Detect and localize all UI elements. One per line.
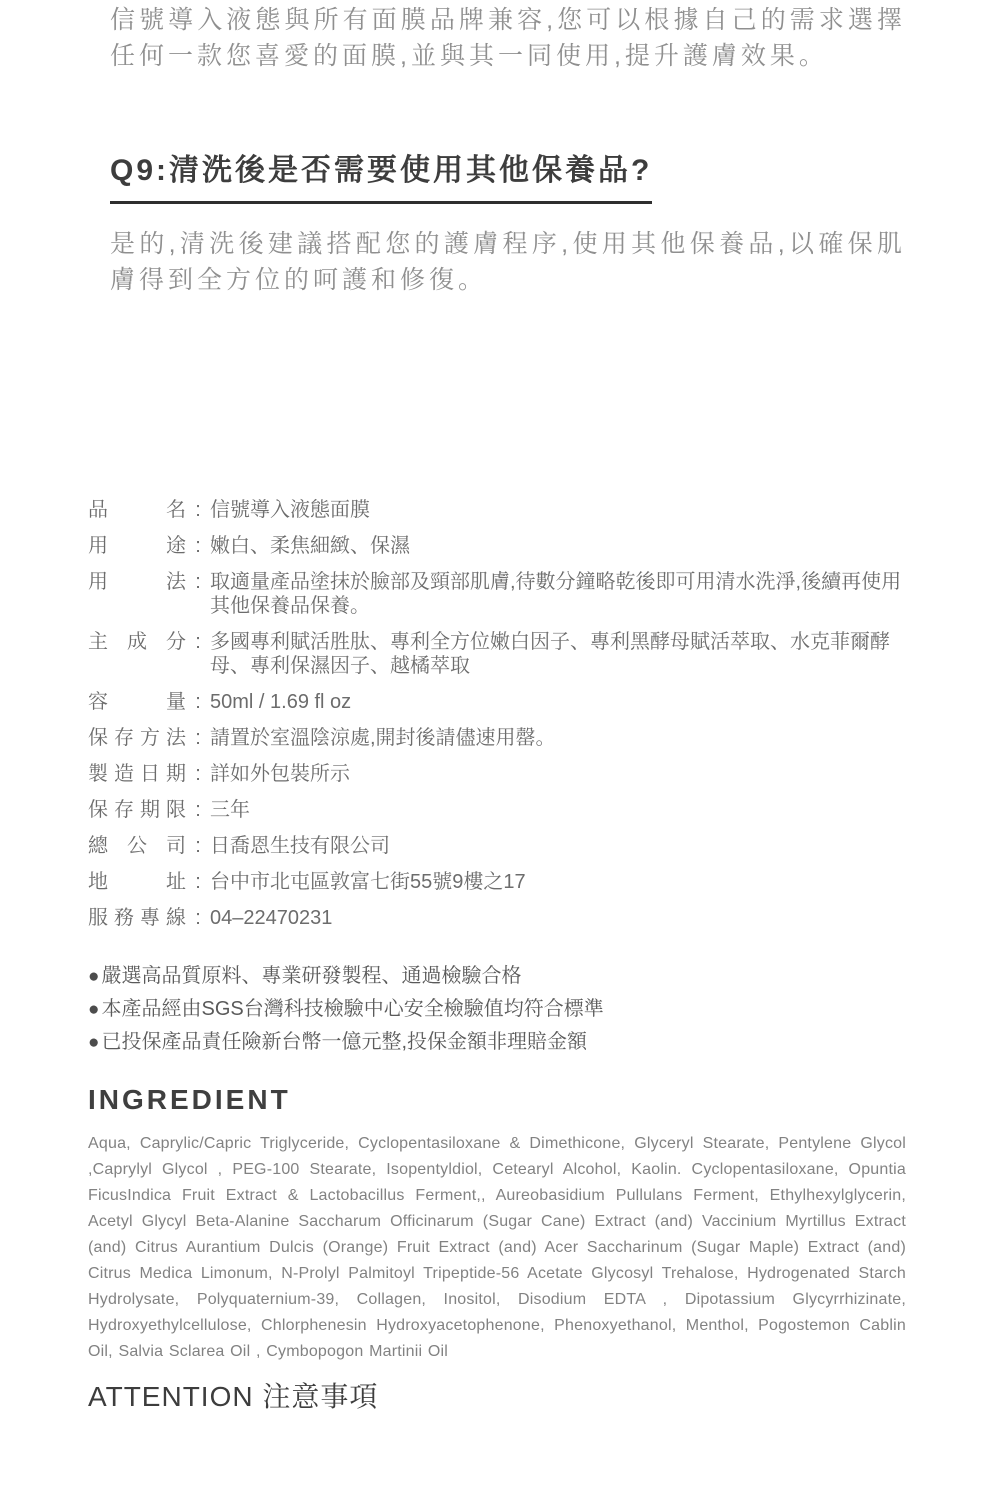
faq-question-heading: Q9:清洗後是否需要使用其他保養品? xyxy=(110,152,652,204)
spec-colon: : xyxy=(186,762,210,786)
certification-item-sgs: ● 本產品經由SGS台灣科技檢驗中心安全檢驗值均符合標準 xyxy=(88,993,906,1026)
ingredient-section: INGREDIENT Aqua, Caprylic/Capric Triglyc… xyxy=(88,1081,906,1365)
certification-item-insurance: ● 已投保產品責任險新台幣一億元整,投保金額非理賠金額 xyxy=(88,1026,906,1059)
faq-answer-paragraph: 是的,清洗後建議搭配您的護膚程序,使用其他保養品,以確保肌膚得到全方位的呵護和修… xyxy=(110,226,906,298)
spec-row-product-name: 品名 : 信號導入液態面膜 xyxy=(88,498,906,522)
certification-text: 嚴選高品質原料、專業研發製程、通過檢驗合格 xyxy=(101,960,521,993)
spec-row-shelf-life: 保存期限 : 三年 xyxy=(88,798,906,822)
spec-colon: : xyxy=(186,798,210,822)
spec-row-main-ingredients: 主成分 : 多國專利賦活胜肽、專利全方位嫩白因子、專利黑酵母賦活萃取、水克菲爾酵… xyxy=(88,630,906,678)
spec-label: 地址 xyxy=(88,870,186,894)
spec-row-manufacture-date: 製造日期 : 詳如外包裝所示 xyxy=(88,762,906,786)
intro-paragraph: 信號導入液態與所有面膜品牌兼容,您可以根據自己的需求選擇任何一款您喜愛的面膜,並… xyxy=(110,2,906,74)
attention-heading: ATTENTION 注意事項 xyxy=(88,1379,906,1415)
spec-row-volume: 容量 : 50ml / 1.69 fl oz xyxy=(88,690,906,714)
spec-value: 多國專利賦活胜肽、專利全方位嫩白因子、專利黑酵母賦活萃取、水克菲爾酵母、專利保濕… xyxy=(210,630,906,678)
spec-colon: : xyxy=(186,570,210,594)
spec-colon: : xyxy=(186,498,210,522)
spec-value: 日喬恩生技有限公司 xyxy=(210,834,906,858)
spec-row-service-line: 服務專線 : 04–22470231 xyxy=(88,906,906,930)
ingredient-list-paragraph: Aqua, Caprylic/Capric Triglyceride, Cycl… xyxy=(88,1131,906,1365)
spec-label: 品名 xyxy=(88,498,186,522)
spec-value: 詳如外包裝所示 xyxy=(210,762,906,786)
spec-value: 04–22470231 xyxy=(210,906,906,930)
faq-q9-section: Q9:清洗後是否需要使用其他保養品? 是的,清洗後建議搭配您的護膚程序,使用其他… xyxy=(88,152,906,298)
spec-label: 服務專線 xyxy=(88,906,186,930)
spec-value: 三年 xyxy=(210,798,906,822)
spec-colon: : xyxy=(186,834,210,858)
spec-colon: : xyxy=(186,870,210,894)
certification-text: 已投保產品責任險新台幣一億元整,投保金額非理賠金額 xyxy=(101,1026,587,1059)
spec-label: 製造日期 xyxy=(88,762,186,786)
spec-label: 總公司 xyxy=(88,834,186,858)
spec-row-usage-purpose: 用途 : 嫩白、柔焦細緻、保濕 xyxy=(88,534,906,558)
certification-text: 本產品經由SGS台灣科技檢驗中心安全檢驗值均符合標準 xyxy=(101,993,603,1026)
certification-list: ● 嚴選高品質原料、專業研發製程、通過檢驗合格 ● 本產品經由SGS台灣科技檢驗… xyxy=(88,960,906,1059)
spec-value: 請置於室溫陰涼處,開封後請儘速用罄。 xyxy=(210,726,906,750)
bullet-dot-icon: ● xyxy=(88,960,99,993)
spec-colon: : xyxy=(186,534,210,558)
bullet-dot-icon: ● xyxy=(88,1026,99,1059)
spec-label: 保存方法 xyxy=(88,726,186,750)
spec-value: 台中市北屯區敦富七街55號9樓之17 xyxy=(210,870,906,894)
spec-label: 保存期限 xyxy=(88,798,186,822)
spec-value: 取適量產品塗抹於臉部及頸部肌膚,待數分鐘略乾後即可用清水洗淨,後續再使用其他保養… xyxy=(210,570,906,618)
spec-label: 容量 xyxy=(88,690,186,714)
spec-value: 嫩白、柔焦細緻、保濕 xyxy=(210,534,906,558)
bullet-dot-icon: ● xyxy=(88,993,99,1026)
spec-row-address: 地址 : 台中市北屯區敦富七街55號9樓之17 xyxy=(88,870,906,894)
product-spec-section: 品名 : 信號導入液態面膜 用途 : 嫩白、柔焦細緻、保濕 用法 : 取適量產品… xyxy=(88,498,906,930)
spec-label: 用途 xyxy=(88,534,186,558)
spec-colon: : xyxy=(186,906,210,930)
spec-row-company: 總公司 : 日喬恩生技有限公司 xyxy=(88,834,906,858)
spec-value: 50ml / 1.69 fl oz xyxy=(210,690,906,714)
ingredient-heading: INGREDIENT xyxy=(88,1081,906,1119)
product-description-page: 信號導入液態與所有面膜品牌兼容,您可以根據自己的需求選擇任何一款您喜愛的面膜,並… xyxy=(0,0,1000,1500)
spec-value: 信號導入液態面膜 xyxy=(210,498,906,522)
spec-colon: : xyxy=(186,630,210,654)
certification-item-quality: ● 嚴選高品質原料、專業研發製程、通過檢驗合格 xyxy=(88,960,906,993)
spec-row-storage: 保存方法 : 請置於室溫陰涼處,開封後請儘速用罄。 xyxy=(88,726,906,750)
spec-colon: : xyxy=(186,726,210,750)
spec-row-directions: 用法 : 取適量產品塗抹於臉部及頸部肌膚,待數分鐘略乾後即可用清水洗淨,後續再使… xyxy=(88,570,906,618)
spec-label: 主成分 xyxy=(88,630,186,654)
spec-colon: : xyxy=(186,690,210,714)
spec-label: 用法 xyxy=(88,570,186,594)
